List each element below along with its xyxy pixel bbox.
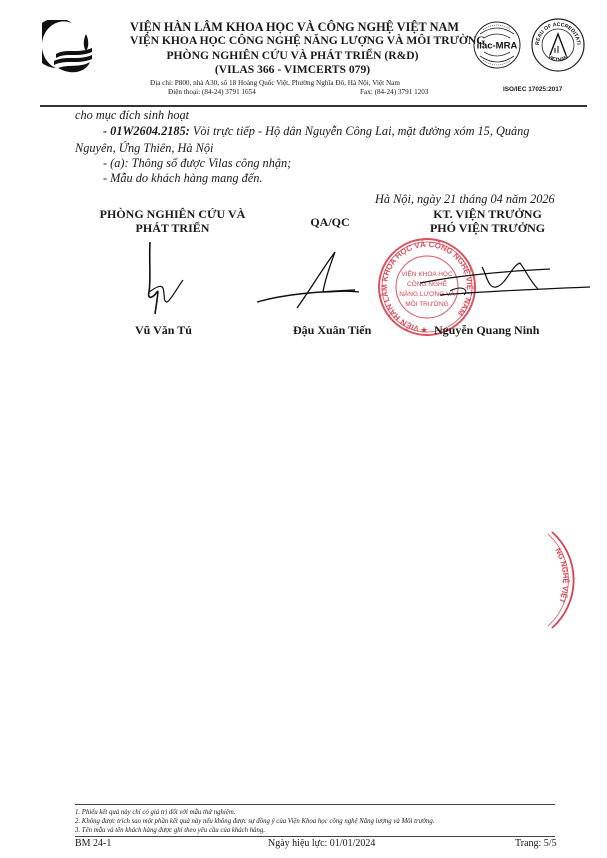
body-note-vilas: - (a): Thông số được Vilas công nhận; [103,156,291,171]
signature-2-icon [255,250,385,310]
signer-3-title-line2: PHÓ VIỆN TRƯỞNG [400,221,575,235]
signer-1-title: PHÒNG NGHIÊN CỨU VÀ PHÁT TRIỂN [85,207,260,235]
signer-2-title: QA/QC [295,215,365,230]
signer-3-title-line1: KT. VIỆN TRƯỞNG [400,207,575,221]
body-sample-line: - 01W2604.2185: Vòi trực tiếp - Hộ dân N… [103,124,529,139]
header-institute-name: VIỆN KHOA HỌC CÔNG NGHỆ NĂNG LƯỢNG VÀ MÔ… [130,34,455,47]
body-purpose-line: cho mục đích sinh hoạt [75,108,189,123]
svg-text:VIETNAM: VIETNAM [546,54,569,63]
header-fax: Fax: (84-24) 3791 1203 [360,88,428,96]
ilac-mra-logo-icon: ilac-MRA [472,20,522,70]
stamp-star-icon: ★ [420,325,428,335]
header-phone: Điện thoại: (84-24) 3791 1654 [168,88,256,96]
footer-divider-top [75,804,555,805]
page-number: Trang: 5/5 [515,838,557,849]
header-divider [40,105,587,107]
iso-standard-label: ISO/IEC 17025:2017 [503,86,562,93]
signature-1-icon [135,240,195,320]
sample-description: Vòi trực tiếp - Hộ dân Nguyễn Công Lai, … [190,124,530,138]
ilac-label: ilac-MRA [477,41,518,52]
signature-3-icon [420,255,590,305]
sample-code: - 01W2604.2185: [103,124,190,138]
institute-wave-logo-icon [42,20,98,76]
header-department-name: PHÒNG NGHIÊN CỨU VÀ PHÁT TRIỂN (R&D) [130,49,455,62]
footer-note-3: 3. Tên mẫu và tên khách hàng được ghi th… [75,827,265,834]
signer-1-title-line2: PHÁT TRIỂN [85,221,260,235]
header-academy-name: VIỆN HÀN LÂM KHOA HỌC VÀ CÔNG NGHỆ VIỆT … [130,20,455,35]
boa-label-bottom: VIETNAM [546,54,569,63]
footer-note-1: 1. Phiếu kết quả này chỉ có giá trị đối … [75,809,235,816]
bureau-of-accreditation-logo-icon: BUREAU OF ACCREDITATION VIETNAM [530,17,586,73]
footer-divider-bottom [75,836,555,837]
footer-note-2: 2. Không được trích sao một phần kết quả… [75,818,435,825]
signer-3-name: Nguyễn Quang Ninh [434,323,539,338]
signer-1-title-line1: PHÒNG NGHIÊN CỨU VÀ [85,207,260,221]
signer-3-title: KT. VIỆN TRƯỞNG PHÓ VIỆN TRƯỞNG [400,207,575,235]
signer-1-name: Vũ Văn Tú [135,323,192,338]
header-address: Địa chỉ: P800, nhà A30, số 18 Hoàng Quốc… [150,79,400,87]
signer-2-name: Đậu Xuân Tiến [293,323,371,338]
body-note-customer-sample: - Mẫu do khách hàng mang đến. [103,171,263,186]
body-sample-location: Nguyên, Ứng Thiên, Hà Nội [75,141,213,156]
header-accreditation-codes: (VILAS 366 - VIMCERTS 079) [130,63,455,76]
form-code: BM 24-1 [75,838,111,849]
signing-date: Hà Nội, ngày 21 tháng 04 năm 2026 [375,192,555,207]
edge-seal-stamp: NG NGHỆ VIỆT [530,530,580,630]
effective-date: Ngày hiệu lực: 01/01/2024 [268,838,375,849]
